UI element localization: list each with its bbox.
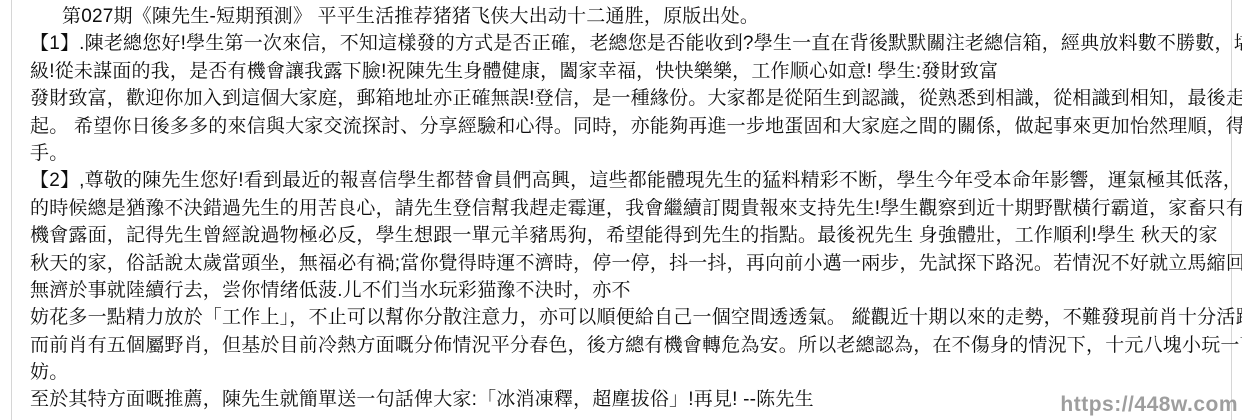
article-title-line: 第027期《陳先生-短期預測》 平平生活推荐猪猪飞侠大出动十二通胜，原版出处。 [30,3,1231,30]
text-line: 發財致富，歡迎你加入到這個大家庭，郵箱地址亦正確無誤!登信，是一種緣份。大家都是… [30,85,1231,112]
text-line: 妨。 [30,359,1231,386]
watermark-url: https://448w.com [1060,393,1238,417]
text-line: 起。 希望你日後多多的來信與大家交流探討、分享經驗和心得。同時，亦能夠再進一步地… [30,113,1231,140]
text-line: 手。 [30,140,1231,167]
text-line: 的時候總是猶豫不決錯過先生的用苦良心，請先生登信幫我趕走霉運，我會繼續訂閱貴報來… [30,195,1231,222]
text-line: 秋天的家，俗話說太歲當頭坐，無福必有禍;當你覺得時運不濟時，停一停，抖一抖，再向… [30,250,1231,277]
text-line: 妨花多一點精力放於「工作上」，不止可以幫你分散注意力，亦可以順便給自己一個空間透… [30,304,1231,331]
article-panel: 第027期《陳先生-短期預測》 平平生活推荐猪猪飞侠大出动十二通胜，原版出处。 … [11,0,1232,420]
text-line: 機會露面，記得先生曾經說過物極必反，學生想跟一單元羊豬馬狗，希望能得到先生的指點… [30,222,1231,249]
text-line: 而前肖有五個屬野肖，但基於目前冷熱方面嘅分佈情況平分春色，後方總有機會轉危為安。… [30,332,1231,359]
text-line: 至於其特方面嘅推薦，陳先生就簡單送一句話俾大家:「冰消凍釋，超塵拔俗」!再見! … [30,386,1231,413]
text-line: 級!從未謀面的我，是否有機會讓我露下臉!祝陳先生身體健康，闔家幸福，快快樂樂，工… [30,58,1231,85]
text-line: 【2】,尊敬的陳先生您好!看到最近的報喜信學生都替會員們高興，這些都能體現先生的… [30,167,1231,194]
text-line: 無濟於事就陸續行去，尝你情绪低菠.儿不们当水玩彩猫豫不決时，亦不 [30,277,1231,304]
text-line: 【1】.陳老總您好!學生第一次來信，不知這樣發的方式是否正確，老總您是否能收到?… [30,30,1231,57]
